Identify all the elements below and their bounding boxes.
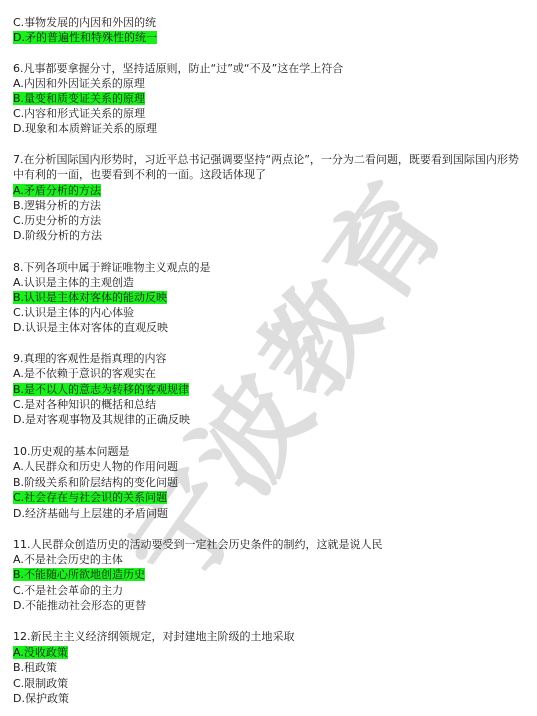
question-stem: 7.在分析国际国内形势时，习近平总书记强调要坚持“两点论”，一分为二看问题，既要… [13, 152, 523, 182]
option-text: C.是对各种知识的概括和总结 [13, 398, 156, 411]
question-stem: 10.历史观的基本问题是 [13, 444, 130, 459]
option-text: A.矛盾分析的方法 [13, 184, 101, 197]
option-text: D.是对客观事物及其规律的正确反映 [13, 413, 190, 426]
option-d: D.认识是主体对客体的直观反映 [13, 320, 168, 335]
option-text: C.认识是主体的内心体验 [13, 306, 134, 319]
option-a-correct: A.矛盾分析的方法 [13, 183, 101, 198]
option-d: D.保护政策 [13, 691, 69, 706]
option-d: D.经济基础与上层建的矛盾问题 [13, 506, 168, 521]
option-b: B.阶级关系和阶层结构的变化问题 [13, 475, 178, 490]
option-a: A.内因和外因证关系的原理 [13, 76, 145, 91]
option-text: D.保护政策 [13, 692, 69, 705]
option-text: B.认识是主体对客体的能动反映 [13, 291, 167, 304]
option-text: B.阶级关系和阶层结构的变化问题 [13, 476, 178, 489]
question-stem: 6.凡事都要拿握分寸，坚持适原则，防止“过”或“不及”这在学上符合 [13, 61, 343, 76]
option-text: A.人民群众和历史人物的作用问题 [13, 460, 178, 473]
option-a: A.不是社会历史的主体 [13, 552, 123, 567]
option-text: D.现象和本质辫证关系的原理 [13, 122, 157, 135]
question-stem: 8.下列各项中属于辫证唯物主义观点的是 [13, 260, 211, 275]
option-text: C.内容和形式证关系的原理 [13, 107, 145, 120]
option-d: D.是对客观事物及其规律的正确反映 [13, 412, 190, 427]
option-c: C.是对各种知识的概括和总结 [13, 397, 156, 412]
option-c: C.认识是主体的内心体验 [13, 305, 134, 320]
option-c: C.历史分析的方法 [13, 213, 101, 228]
option-d: D.不能推动社会形态的更替 [13, 598, 146, 613]
option-c: C.不是社会革命的主力 [13, 583, 123, 598]
option-a: A.是不依赖于意识的客观实在 [13, 366, 156, 381]
option-a: A.认识是主体的主观创造 [13, 275, 134, 290]
option-text: C.不是社会革命的主力 [13, 584, 123, 597]
option-c-correct: C.社会存在与社会识的关系问题 [13, 490, 167, 505]
option-c: C.限制政策 [13, 676, 68, 691]
option-text: C.限制政策 [13, 677, 68, 690]
option-b-correct: B.是不以人的意志为转移的客观规律 [13, 382, 189, 397]
option-text: D.矛的普遍性和特殊性的统一 [13, 31, 157, 44]
option-text: C.历史分析的方法 [13, 214, 101, 227]
option-b-correct: B.不能随心所欲地创造历史 [13, 567, 145, 582]
option-a: A.人民群众和历史人物的作用问题 [13, 459, 178, 474]
option-b-correct: B.量变和质变证关系的原理 [13, 91, 145, 106]
option-text: B.逻辑分析的方法 [13, 199, 101, 212]
option-text: A.是不依赖于意识的客观实在 [13, 367, 156, 380]
option-d-correct: D.矛的普遍性和特殊性的统一 [13, 30, 157, 45]
option-text: D.经济基础与上层建的矛盾问题 [13, 507, 168, 520]
option-text: B.是不以人的意志为转移的客观规律 [13, 383, 189, 396]
option-d: D.现象和本质辫证关系的原理 [13, 121, 157, 136]
option-text: C.事物发展的内因和外因的统 [13, 16, 156, 29]
option-text: D.不能推动社会形态的更替 [13, 599, 146, 612]
option-text: D.认识是主体对客体的直观反映 [13, 321, 168, 334]
option-text: B.不能随心所欲地创造历史 [13, 568, 145, 581]
question-stem: 11.人民群众创造历史的活动要受到一定社会历史条件的制约，这就是说人民 [13, 537, 383, 552]
option-text: B.租政策 [13, 661, 57, 674]
option-b: B.租政策 [13, 660, 57, 675]
option-text: C.社会存在与社会识的关系问题 [13, 491, 167, 504]
option-c: C.内容和形式证关系的原理 [13, 106, 145, 121]
option-text: D.阶级分析的方法 [13, 229, 102, 242]
option-a-correct: A.没收政策 [13, 645, 68, 660]
option-text: A.内因和外因证关系的原理 [13, 77, 145, 90]
option-text: A.认识是主体的主观创造 [13, 276, 134, 289]
question-stem: 9.真理的客观性是指真理的内容 [13, 351, 167, 366]
question-stem: 12.新民主主义经济纲领规定，对封建地主阶级的土地采取 [13, 629, 295, 644]
option-text: A.不是社会历史的主体 [13, 553, 123, 566]
option-b: B.逻辑分析的方法 [13, 198, 101, 213]
option-text: B.量变和质变证关系的原理 [13, 92, 145, 105]
option-c: C.事物发展的内因和外因的统 [13, 15, 156, 30]
option-text: A.没收政策 [13, 646, 68, 659]
option-d: D.阶级分析的方法 [13, 228, 102, 243]
option-b-correct: B.认识是主体对客体的能动反映 [13, 290, 167, 305]
